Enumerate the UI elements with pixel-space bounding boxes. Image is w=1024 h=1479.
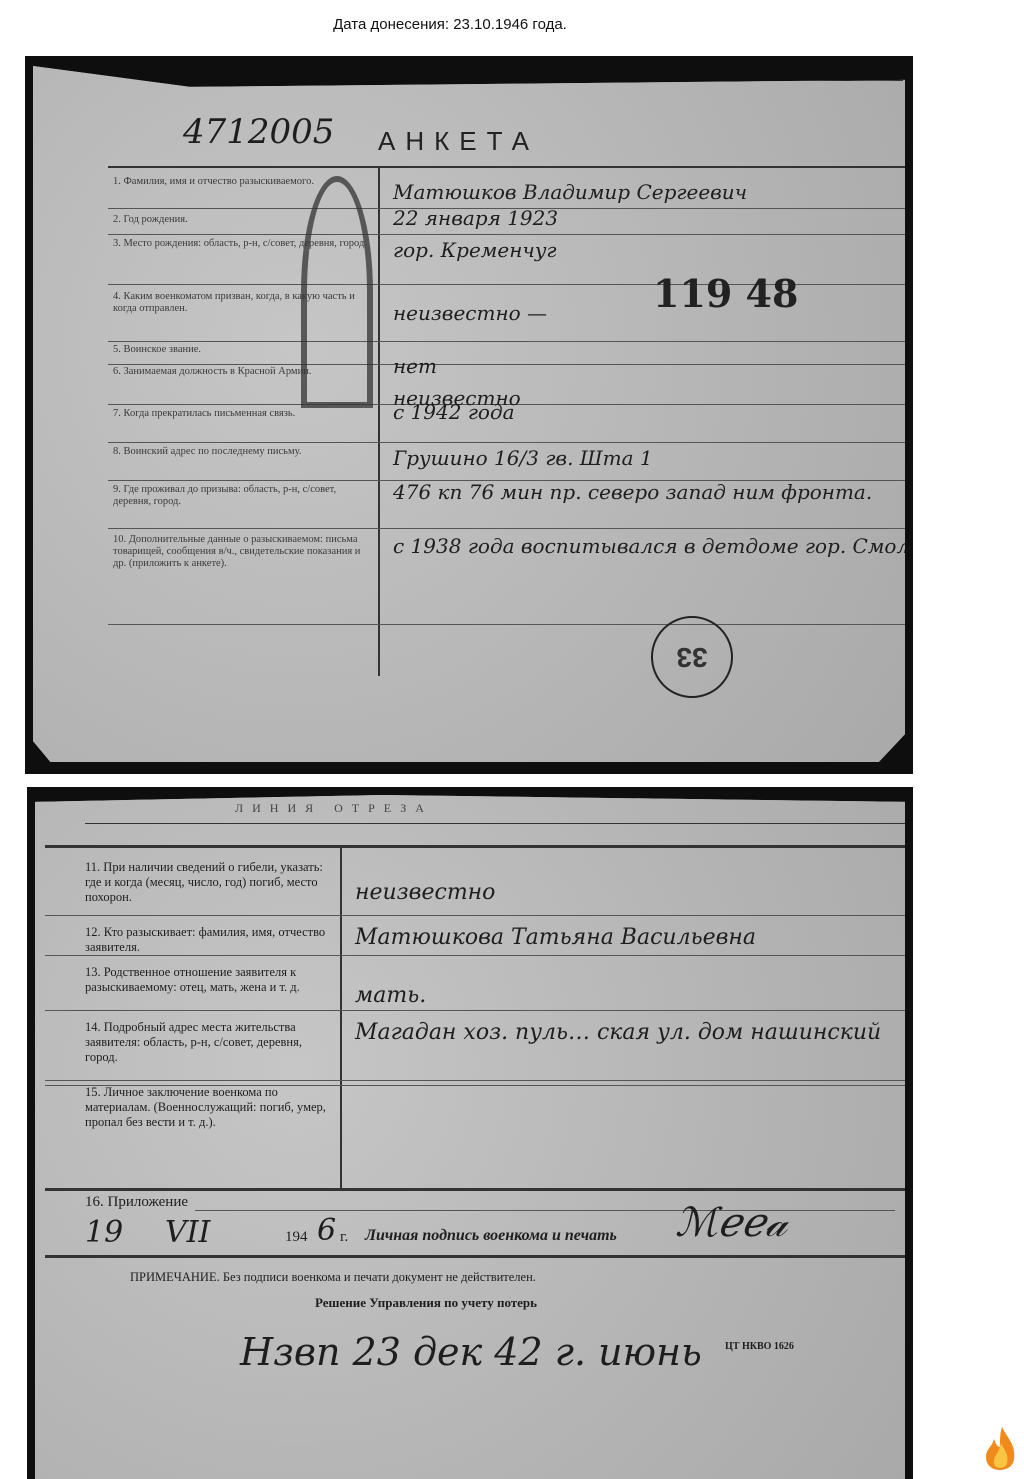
flame-icon [982,1425,1018,1471]
question-11: 11. При наличии сведений о гибели, указа… [85,860,335,905]
stamp-number: 33 [676,641,707,673]
decision-handwritten: Нзвп 23 дек 42 г. июнь [240,1330,702,1374]
date-year-handwritten: 6 [317,1213,336,1248]
signature-rule [45,1255,905,1258]
row-divider [108,234,908,235]
answer-12: Матюшкова Татьяна Васильевна [355,925,756,950]
answer-9: 476 кп 76 мин пр. северо запад ним фронт… [393,480,872,504]
date-day: 19 [85,1215,123,1250]
title-rule [108,166,908,168]
row-divider [45,1010,905,1011]
question-7: 7. Когда прекратилась письменная связь. [113,408,371,420]
signature-label: Личная подпись военкома и печать [365,1228,617,1243]
row-divider [45,915,905,916]
decision-label: Решение Управления по учету потерь [315,1295,537,1310]
table-top-rule [45,845,905,848]
row-divider [108,364,908,365]
handwritten-large-stroke [301,176,373,408]
cut-line-label: ЛИНИЯ ОТРЕЗА [373,66,571,81]
handwritten-file-number: 4712005 [183,112,334,152]
table-bottom-rule [45,1188,905,1191]
answer-3: гор. Кременчуг [393,238,557,262]
handwritten-signature: ℳℯℯ𝒶 [675,1200,787,1246]
date-month: VII [165,1215,210,1250]
question-10: 10. Дополнительные данные о разыскиваемо… [113,534,371,570]
answer-8: Грушино 16/3 гв. Шта 1 [393,446,653,470]
row-divider [45,1080,905,1081]
paper-top: ЛИНИЯ ОТРЕЗА 4712005 АНКЕТА 1. Фамилия, … [33,66,905,762]
question-15: 15. Личное заключение военкома по матери… [85,1085,335,1130]
question-13: 13. Родственное отношение заявителя к ра… [85,965,335,995]
date-year-prefix: 194 [285,1230,308,1245]
row-divider [108,442,908,443]
answer-1: Матюшков Владимир Сергеевич [393,180,747,204]
column-divider [378,166,380,676]
answer-10: с 1938 года воспитывался в детдоме гор. … [393,534,969,558]
row-divider [108,341,908,342]
row-divider [108,528,908,529]
answer-7: с 1942 года [393,400,515,424]
question-14: 14. Подробный адрес места жительства зая… [85,1020,335,1065]
validity-note: ПРИМЕЧАНИЕ. Без подписи военкома и печат… [130,1270,536,1285]
column-divider [340,845,342,1190]
attachment-label: 16. Приложение [85,1195,188,1210]
answer-14: Магадан хоз. пуль… ская ул. дом нашински… [355,1020,881,1045]
answer-11: неизвестно [355,880,495,905]
question-12: 12. Кто разыскивает: фамилия, имя, отчес… [85,925,335,955]
answer-2: 22 января 1923 [393,206,558,230]
answer-13: мать. [355,983,426,1008]
report-date-caption: Дата донесения: 23.10.1946 года. [0,16,900,33]
questionnaire-scan-top: ЛИНИЯ ОТРЕЗА 4712005 АНКЕТА 1. Фамилия, … [25,56,913,774]
row-divider [45,1085,905,1086]
form-title: АНКЕТА [378,126,539,157]
answer-4: неизвестно — [393,301,547,325]
questionnaire-scan-bottom: ЛИНИЯ ОТРЕЗА 11. При наличии сведений о … [27,787,913,1479]
cut-line [85,823,905,824]
margin-marks: 119 48 [653,271,798,316]
question-8: 8. Воинский адрес по последнему письму. [113,446,371,458]
paper-bottom: ЛИНИЯ ОТРЕЗА 11. При наличии сведений о … [35,795,905,1479]
row-divider [45,955,905,956]
stamp-circle: 33 [651,616,733,698]
attachment-line [195,1210,895,1211]
answer-5: нет [393,354,437,378]
cut-line-label: ЛИНИЯ ОТРЕЗА [235,801,433,816]
date-year-suffix: г. [340,1230,348,1245]
question-9: 9. Где проживал до призыва: область, р-н… [113,484,371,508]
print-code: ЦТ НКВО 1626 [725,1339,794,1354]
row-divider [108,624,908,625]
cut-line [183,80,903,81]
